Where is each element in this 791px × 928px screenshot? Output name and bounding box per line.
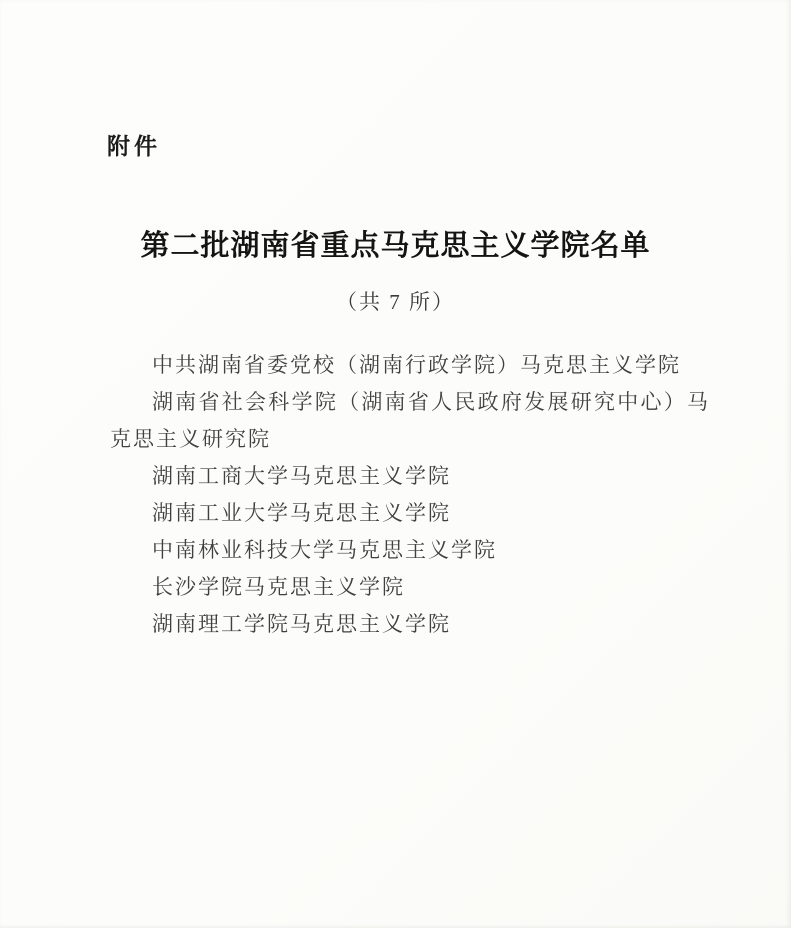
institution-item: 湖南工商大学马克思主义学院 [110,458,710,495]
institution-item: 湖南理工学院马克思主义学院 [110,606,710,643]
attachment-label: 附件 [107,128,161,161]
document-title: 第二批湖南省重点马克思主义学院名单 [0,223,791,264]
scanned-document-page: 附件 第二批湖南省重点马克思主义学院名单 （共 7 所） 中共湖南省委党校（湖南… [0,0,791,928]
institution-item: 湖南省社会科学院（湖南省人民政府发展研究中心）马克思主义研究院 [110,384,710,458]
document-subtitle-count: （共 7 所） [0,286,791,316]
institution-item: 长沙学院马克思主义学院 [110,569,710,606]
institution-item: 中南林业科技大学马克思主义学院 [110,532,710,569]
institution-item: 湖南工业大学马克思主义学院 [110,495,710,532]
institution-item: 中共湖南省委党校（湖南行政学院）马克思主义学院 [110,347,710,384]
institution-list: 中共湖南省委党校（湖南行政学院）马克思主义学院湖南省社会科学院（湖南省人民政府发… [110,347,710,643]
